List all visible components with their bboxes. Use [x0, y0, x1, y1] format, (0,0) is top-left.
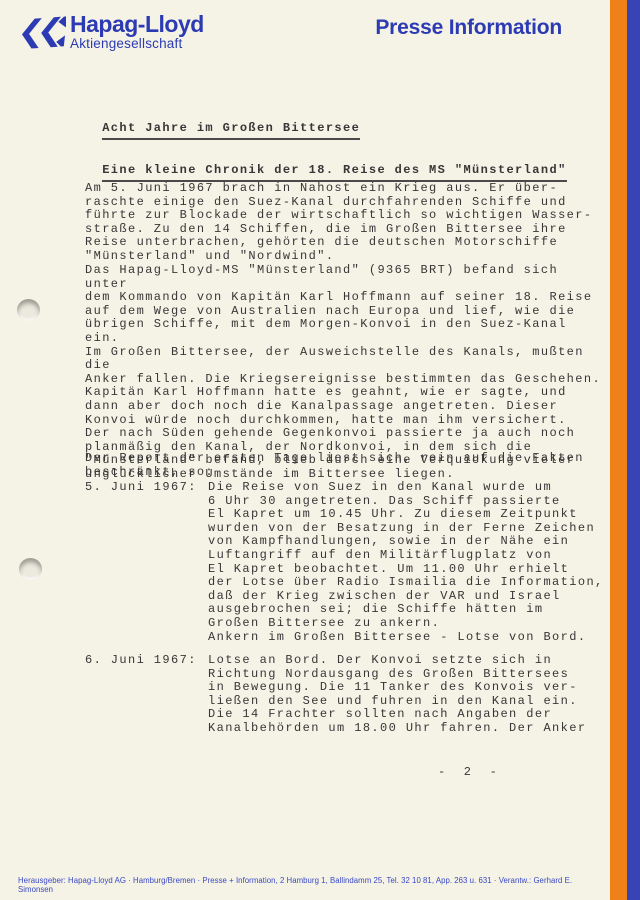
- paragraph: Am 5. Juni 1967 brach in Nahost ein Krie…: [85, 182, 607, 264]
- chronicle-entry: 6. Juni 1967: Lotse an Bord. Der Konvoi …: [85, 654, 607, 736]
- page-edge-blue-stripe: [627, 0, 640, 900]
- paragraph: Das Hapag-Lloyd-MS "Münsterland" (9365 B…: [85, 264, 607, 482]
- document-type-label: Presse Information: [375, 16, 562, 40]
- punch-hole-top: [17, 299, 40, 321]
- page-number: - 2 -: [438, 766, 498, 780]
- page-edge-orange-stripe: [610, 0, 627, 900]
- document-headings: Acht Jahre im Großen Bittersee Eine klei…: [85, 108, 607, 182]
- hapag-lloyd-logo-icon: [20, 14, 66, 52]
- entry-text: Lotse an Bord. Der Konvoi setzte sich in…: [208, 654, 607, 736]
- document-title: Acht Jahre im Großen Bittersee: [102, 122, 360, 141]
- entry-date: 6. Juni 1967:: [85, 654, 208, 736]
- press-release-page: { "page": { "bg_color": "#f5f2e6", "bran…: [0, 0, 640, 900]
- entry-date: 5. Juni 1967:: [85, 481, 208, 644]
- chronicle-entry: 5. Juni 1967: Die Reise von Suez in den …: [85, 481, 607, 644]
- punch-hole-bottom: [19, 558, 42, 580]
- brand-subtitle: Aktiengesellschaft: [70, 36, 204, 51]
- paragraph: Der Report der ersten Tage liest sich, r…: [85, 452, 607, 479]
- letterhead: Hapag-Lloyd Aktiengesellschaft Presse In…: [0, 0, 610, 70]
- imprint-line: Herausgeber: Hapag-Lloyd AG · Hamburg/Br…: [18, 876, 598, 894]
- entry-text: Die Reise von Suez in den Kanal wurde um…: [208, 481, 607, 644]
- brand-block: Hapag-Lloyd Aktiengesellschaft: [70, 12, 204, 51]
- brand-name: Hapag-Lloyd: [70, 12, 204, 36]
- document-subtitle: Eine kleine Chronik der 18. Reise des MS…: [102, 164, 566, 183]
